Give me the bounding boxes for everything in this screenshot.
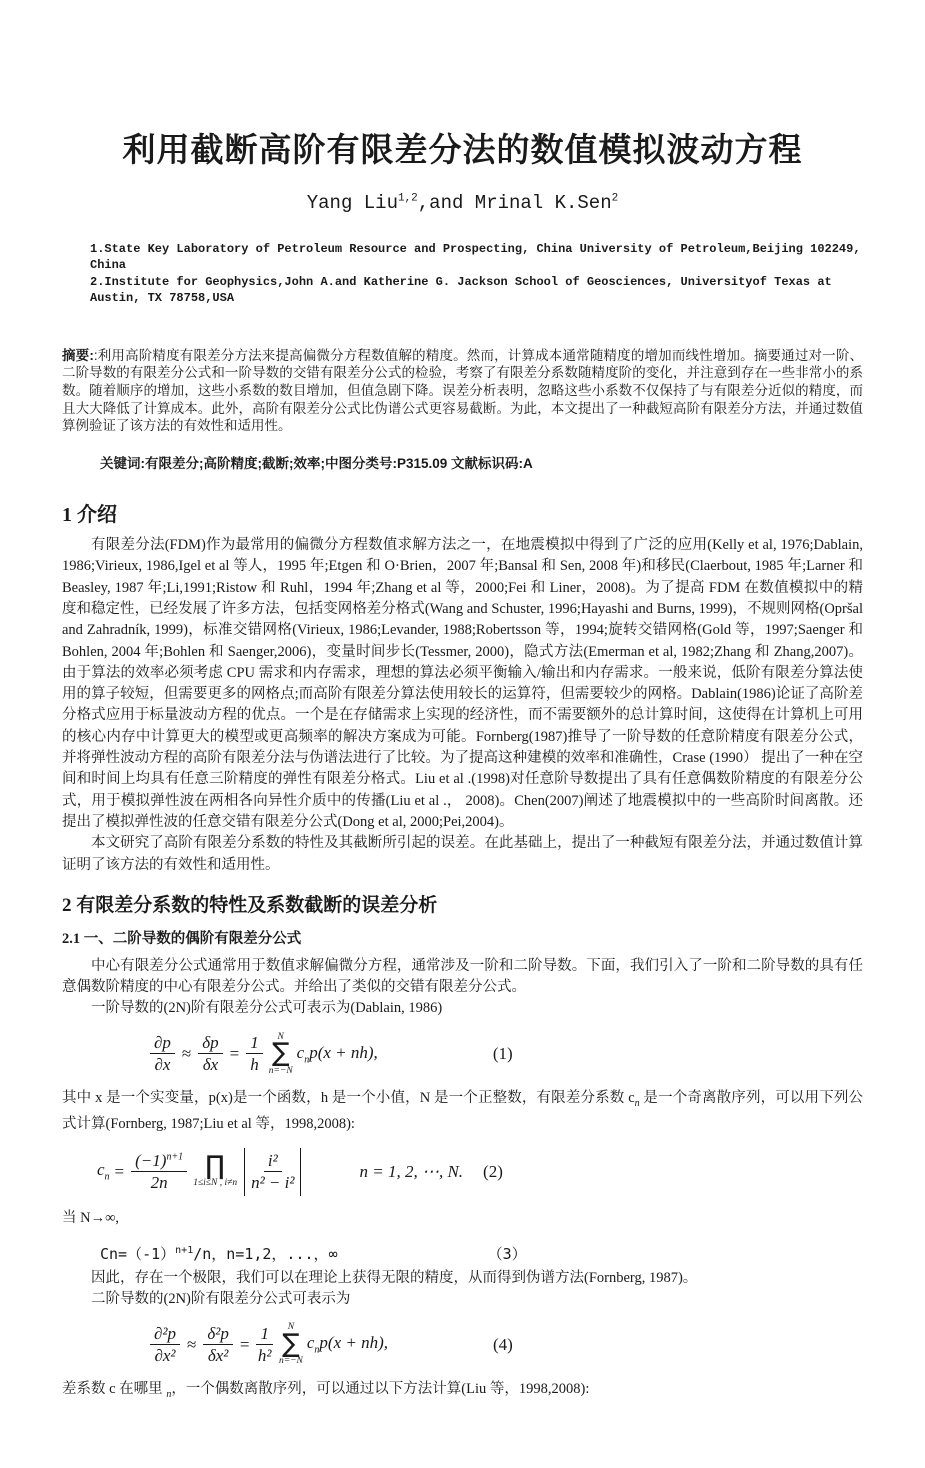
equals-sign: = (115, 1162, 125, 1182)
section-1-paragraph-2: 本文研究了高阶有限差分系数的特性及其截断所引起的误差。在此基础上，提出了一种截短… (62, 833, 863, 876)
limit-condition-line: 当 N→∞, (62, 1208, 863, 1229)
section-1-heading: 1 介绍 (62, 498, 863, 527)
equation-1-number: (1) (493, 1044, 513, 1064)
fraction-dp-dx: ∂p∂x (150, 1033, 175, 1075)
keywords-line: 关键词:有限差分;高阶精度;截断;效率;中图分类号:P315.09 文献标识码:… (62, 452, 863, 472)
approx-sign: ≈ (182, 1044, 191, 1064)
author-1-superscript: 1,2 (398, 192, 418, 204)
authors-line: Yang Liu1,2,and Mrinal K.Sen2 (62, 192, 863, 214)
fraction-minus1-2n: (−1)n+12n (131, 1151, 187, 1193)
abstract: 摘要::利用高阶精度有限差分方法来提高偏微分方程数值解的精度。然而，计算成本通常… (62, 347, 863, 436)
abstract-text: :利用高阶精度有限差分方法来提高偏微分方程数值解的精度。然而，计算成本通常随精度… (62, 348, 863, 434)
fraction-1-h: 1h (246, 1033, 263, 1075)
fraction-1-h2: 1h² (256, 1324, 273, 1366)
fraction-d2p-dx2: ∂²p∂x² (150, 1324, 180, 1366)
section-2-paragraph-6: 差系数 c 在哪里 n，一个偶数离散序列，可以通过以下方法计算(Liu 等，19… (62, 1379, 863, 1405)
section-2-paragraph-1: 中心有限差分公式通常用于数值求解偏微分方程，通常涉及一阶和二阶导数。下面，我们引… (62, 956, 863, 999)
equation-3: Cn=（-1）n+1/n，n=1,2，...，∞ （3） (100, 1243, 863, 1264)
author-2: ,and Mrinal K.Sen (418, 192, 612, 214)
author-1: Yang Liu (307, 192, 398, 214)
paper-title: 利用截断高阶有限差分法的数值模拟波动方程 (62, 130, 863, 170)
section-2-1-heading: 2.1 一、二阶导数的偶阶有限差分公式 (62, 927, 863, 948)
equation-4-intro: 二阶导数的(2N)阶有限差分公式可表示为 (62, 1289, 863, 1310)
approx-sign: ≈ (187, 1335, 196, 1355)
affiliation-1: 1.State Key Laboratory of Petroleum Reso… (90, 241, 863, 274)
paper-page: 利用截断高阶有限差分法的数值模拟波动方程 Yang Liu1,2,and Mri… (0, 0, 925, 1468)
equation-4-number: (4) (493, 1335, 513, 1355)
equation-2: cn = (−1)n+12n ∏1≤i≤N , i≠n i²n² − i² n … (97, 1148, 863, 1196)
equation-1-body: cnp(x + nh), (297, 1043, 378, 1065)
section-2-heading: 2 有限差分系数的特性及系数截断的误差分析 (62, 890, 863, 917)
affiliation-2: 2.Institute for Geophysics,John A.and Ka… (90, 274, 863, 307)
equation-1: ∂p∂x ≈ δpδx = 1h N∑n=−N cnp(x + nh), (1) (148, 1032, 863, 1076)
section-2-paragraph-4: 因此，存在一个极限，我们可以在理论上获得无限的精度，从而得到伪谱方法(Fornb… (62, 1268, 863, 1289)
product-operator: ∏1≤i≤N , i≠n (193, 1155, 237, 1189)
equation-2-number: (2) (483, 1162, 503, 1182)
fraction-deltap-deltax: δpδx (198, 1033, 222, 1075)
section-1-paragraph-1: 有限差分法(FDM)作为最常用的偏微分方程数值求解方法之一，在地震模拟中得到了广… (62, 535, 863, 833)
equation-3-body: Cn=（-1）n+1/n，n=1,2，...，∞ (100, 1243, 338, 1264)
equation-2-condition: n = 1, 2, ⋯, N. (359, 1162, 463, 1182)
equation-2-lhs: cn (97, 1160, 110, 1182)
summation-operator: N∑n=−N (269, 1032, 293, 1076)
equals-sign: = (230, 1044, 240, 1064)
affiliations: 1.State Key Laboratory of Petroleum Reso… (62, 241, 863, 307)
equation-1-intro: 一阶导数的(2N)阶有限差分公式可表示为(Dablain, 1986) (62, 998, 863, 1019)
equals-sign: = (240, 1335, 250, 1355)
abstract-label: 摘要: (62, 348, 94, 363)
equation-3-number: （3） (488, 1243, 527, 1264)
equation-2-intro: 其中 x 是一个实变量，p(x)是一个函数，h 是一个小值，N 是一个正整数，有… (62, 1088, 863, 1135)
fraction-delta2p-deltax2: δ²pδx² (203, 1324, 233, 1366)
equation-4: ∂²p∂x² ≈ δ²pδx² = 1h² N∑n=−N cnp(x + nh)… (148, 1322, 863, 1366)
summation-operator: N∑n=−N (279, 1322, 303, 1366)
author-2-superscript: 2 (612, 192, 619, 204)
equation-4-body: cnp(x + nh), (307, 1333, 388, 1355)
absolute-value: i²n² − i² (244, 1148, 301, 1196)
